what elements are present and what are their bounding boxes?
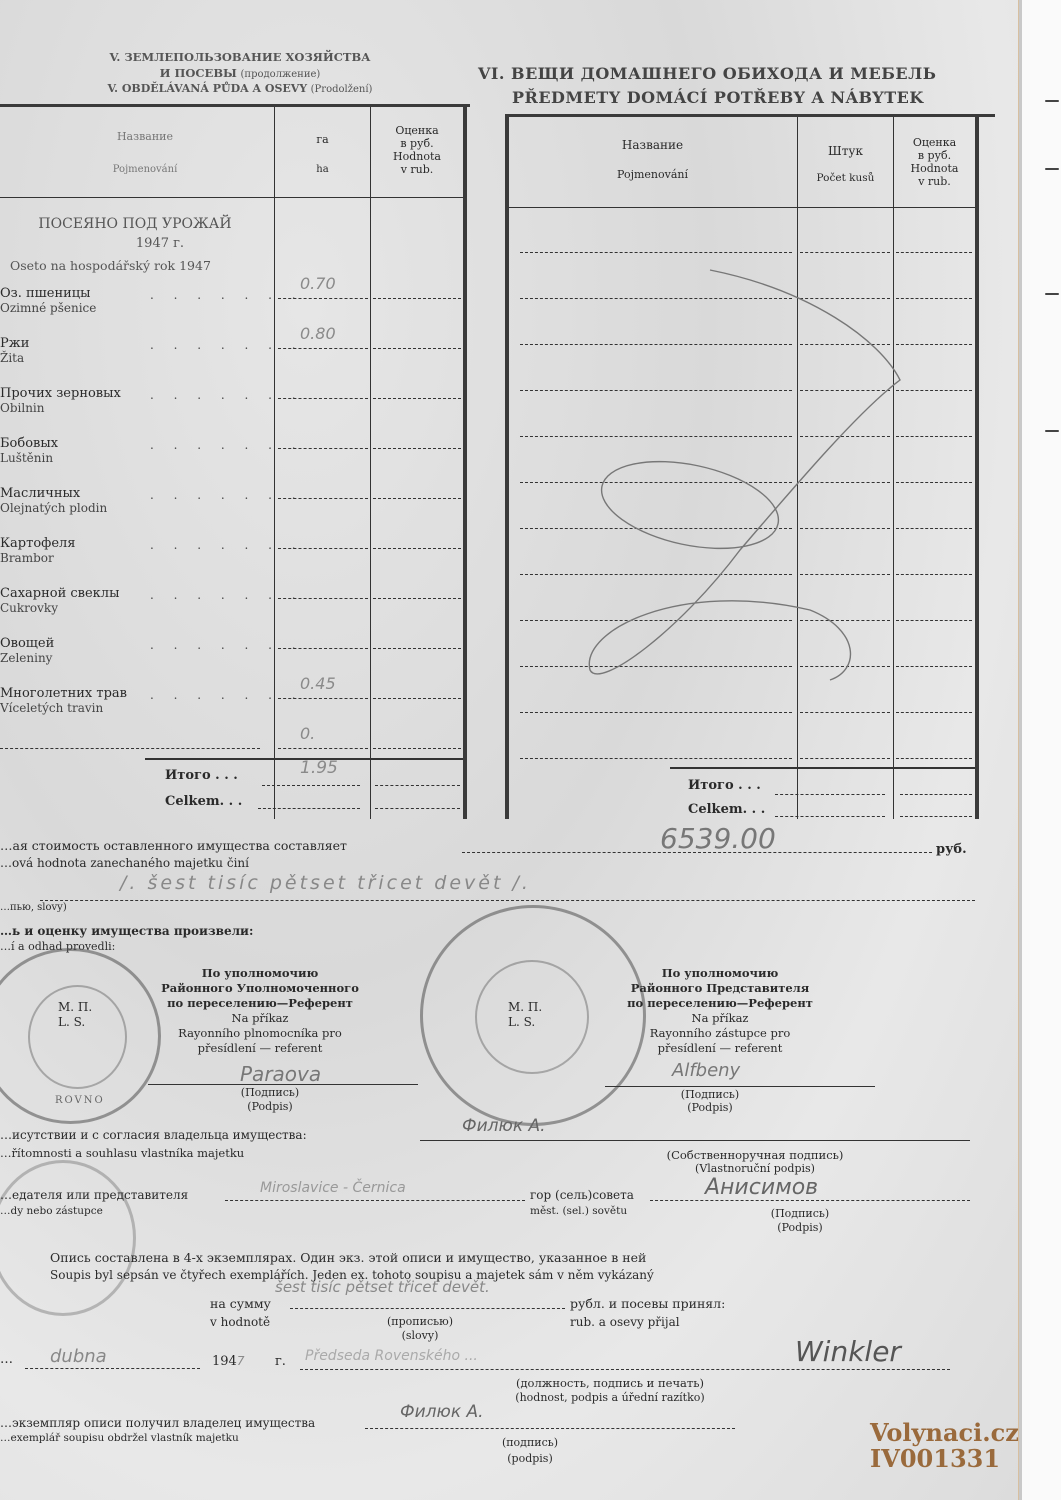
row-line — [278, 498, 368, 499]
crop-area-value: 0.70 — [300, 274, 336, 293]
receipt-sig-cz: (podpis) — [480, 1452, 580, 1465]
total-value-label-cz: …ová hodnota zanechaného majetku činí — [0, 856, 249, 870]
leader-dots: . . . . . . . — [150, 288, 304, 302]
left-sig-ru: (Подпись) — [220, 1086, 320, 1099]
subheading-cz: Oseto na hospodářský rok 1947 — [10, 258, 211, 273]
total-ru-text: Итого — [165, 768, 211, 783]
header-area-ru: га — [275, 133, 370, 146]
watermark: Volynaci.cz IV001331 — [870, 1420, 1019, 1472]
item-row-line — [800, 758, 890, 759]
table-top-border — [0, 104, 470, 107]
right-signature-line — [605, 1086, 875, 1087]
date-day: … — [0, 1352, 13, 1367]
subheading-ru-1: ПОСЕЯНО ПОД УРОЖАЙ — [0, 216, 270, 232]
crop-label-ru: Картофеля — [0, 536, 75, 551]
position-cz: (hodnost, podpis a úřední razítko) — [480, 1391, 740, 1404]
right-total-label-cz: Celkem. . . — [688, 802, 765, 817]
total-cz-ha-line — [258, 808, 360, 809]
left-title-ru-2-main: И ПОСЕВЫ — [160, 66, 237, 80]
date-year-suffix: 7 — [237, 1354, 245, 1368]
receipt-sig-ru: (подпись) — [480, 1436, 580, 1449]
header-value-cz-2: v rub. — [371, 163, 463, 176]
position-line — [300, 1369, 950, 1370]
crop-label-cz: Luštěnin — [0, 451, 58, 466]
item-row-line — [896, 758, 972, 759]
column-divider — [370, 107, 371, 819]
stamp-city: ROVNO — [55, 1095, 105, 1106]
officials-intro-ru: …ь и оценку имущества произвели: — [0, 924, 253, 938]
council-label-cz: …dy nebo zástupce — [0, 1205, 103, 1217]
date-g: г. — [275, 1354, 286, 1369]
row-line — [373, 348, 461, 349]
owner-signature: Филюк А. — [462, 1116, 546, 1136]
crop-label: БобовыхLuštěnin — [0, 436, 58, 466]
binder-mark — [1045, 168, 1059, 170]
total-amount: 6539.00 — [660, 822, 776, 855]
total-label-cz: Celkem. . . — [165, 794, 242, 809]
header-value-ru-1: Оценка — [371, 124, 463, 137]
receipt-label-ru: …экземпляр описи получил владелец имущес… — [0, 1416, 315, 1430]
council-value: Miroslavice - Černica — [260, 1180, 406, 1196]
right-line-6: přesídlení — referent — [600, 1041, 840, 1056]
row-line — [278, 448, 368, 449]
right-total-cz-text: Celkem — [688, 802, 743, 817]
page-edge — [1019, 0, 1022, 1500]
total-label-ru: Итого . . . — [165, 768, 238, 783]
owner-sig-ru: (Собственноручная подпись) — [640, 1148, 870, 1162]
row-line — [373, 598, 461, 599]
row-line — [373, 748, 461, 749]
leader-dots: . . . . . . . — [150, 388, 304, 402]
right-header-bottom — [509, 207, 975, 208]
crop-label-cz: Brambor — [0, 551, 75, 566]
right-stamp-mark-1: М. П. — [508, 1000, 542, 1014]
crop-label: ОвощейZeleniny — [0, 636, 54, 666]
sum-in-words: šest tisíc pětset třicet devět. — [275, 1278, 490, 1296]
owner-sig-cz: (Vlastnoruční podpis) — [640, 1162, 870, 1175]
row-line — [373, 448, 461, 449]
row-line — [373, 698, 461, 699]
crop-label-ru: Прочих зерновых — [0, 386, 121, 401]
crop-label: КартофеляBrambor — [0, 536, 75, 566]
header-name-cz: Pojmenování — [20, 164, 270, 175]
right-stamp-mark-2: L. S. — [508, 1015, 535, 1029]
watermark-site: Volynaci.cz — [870, 1420, 1019, 1446]
accepted-ru: рубл. и посевы принял: — [570, 1296, 725, 1311]
right-total-line — [900, 816, 972, 817]
leader-dots: . . . . . . . — [150, 638, 304, 652]
right-header-count-ru: Штук — [798, 144, 893, 158]
words-line — [40, 900, 975, 901]
right-signature: Alfbeny — [672, 1060, 740, 1081]
total-value-label-ru: …ая стоимость оставленного имущества сос… — [0, 838, 347, 853]
leader-dots: . . . . . . . — [150, 538, 304, 552]
right-total-label-ru: Итого . . . — [688, 778, 761, 793]
row-line — [373, 548, 461, 549]
crop-label-ru: Многолетних трав — [0, 686, 127, 701]
crop-area-value: 0.80 — [300, 324, 336, 343]
crop-label-ru: Оз. пшеницы — [0, 286, 96, 301]
currency-label: руб. — [936, 842, 967, 857]
right-header-value-ru-2: в руб. — [894, 149, 975, 162]
row-line — [373, 498, 461, 499]
leader-dots: . . . . . . . — [150, 488, 304, 502]
right-table-top-border — [505, 114, 995, 117]
binder-mark — [1045, 293, 1059, 295]
row-line — [278, 748, 368, 749]
crop-label: Оз. пшеницыOzimné pšenice — [0, 286, 96, 316]
right-total-ru-text: Итого — [688, 778, 734, 793]
page-edge-inner — [1018, 0, 1019, 1500]
right-header-count-cz: Počet kusů — [798, 172, 893, 184]
row-line — [0, 748, 260, 749]
row-line — [278, 298, 368, 299]
left-stamp-mark-1: М. П. — [58, 1000, 92, 1014]
crop-label-ru: Овощей — [0, 636, 54, 651]
left-signature-line — [148, 1084, 418, 1085]
crop-area-value: 0.45 — [300, 674, 336, 693]
council-sig-line — [650, 1200, 970, 1201]
crop-label-cz: Obilnin — [0, 401, 121, 416]
left-title-cz: V. OBDĚLÁVANÁ PŮDA A OSEVY (Prodolžení) — [40, 82, 440, 95]
leader-dots: . . . . . . . — [150, 588, 304, 602]
amount-in-words: /. šest tisíc pětset třicet devět /. — [120, 872, 531, 894]
council-sig-ru: (Подпись) — [760, 1207, 840, 1220]
watermark-id: IV001331 — [870, 1446, 1019, 1472]
right-header-value-cz-1: Hodnota — [894, 162, 975, 175]
leader-dots: . . . . . . . — [150, 338, 304, 352]
receipt-label-cz: …exemplář soupisu obdržel vlastník majet… — [0, 1432, 239, 1444]
right-line-1: По уполномочию — [600, 966, 840, 981]
crop-label-ru: Масличных — [0, 486, 107, 501]
total-ha-value: 1.95 — [300, 758, 338, 778]
words-ru: (прописью) — [365, 1315, 475, 1328]
right-title-cz: PŘEDMETY DOMÁCÍ POTŘEBY A NÁBYTEK — [512, 88, 924, 107]
right-table-right-border — [975, 114, 979, 819]
crop-label: Прочих зерновыхObilnin — [0, 386, 121, 416]
right-table-left-border — [505, 114, 509, 819]
row-line — [278, 598, 368, 599]
right-sig-ru: (Подпись) — [660, 1088, 760, 1101]
crop-label-ru: Ржи — [0, 336, 29, 351]
item-row-line — [520, 712, 792, 713]
right-totals-border — [670, 767, 975, 769]
total-value-line — [375, 785, 460, 786]
crop-label: МасличныхOlejnatých plodin — [0, 486, 107, 516]
table-right-border — [463, 104, 467, 819]
left-sig-cz: (Podpis) — [220, 1100, 320, 1113]
date-year-prefix: 194 — [212, 1354, 237, 1369]
row-line — [278, 648, 368, 649]
item-row-line — [800, 712, 890, 713]
right-title-ru: VI. ВЕЩИ ДОМАШНЕГО ОБИХОДА И МЕБЕЛЬ — [478, 64, 936, 83]
words-cz: (slovy) — [365, 1329, 475, 1342]
strike-through-scribble-icon — [560, 250, 920, 710]
left-title-cz-sub: (Prodolžení) — [311, 84, 373, 95]
crop-label-cz: Zeleniny — [0, 651, 54, 666]
sum-label-ru: на сумму — [210, 1296, 271, 1311]
receipt-line — [365, 1428, 735, 1429]
page-margin — [1020, 0, 1061, 1500]
item-row-line — [896, 712, 972, 713]
date-month-line — [25, 1368, 200, 1369]
sum-label-cz: v hodnotě — [210, 1315, 270, 1329]
header-value-cz-1: Hodnota — [371, 150, 463, 163]
row-line — [278, 698, 368, 699]
row-line — [278, 398, 368, 399]
position-value: Předseda Rovenského ... — [305, 1348, 478, 1364]
left-line-5: Rayonního plnomocníka pro — [140, 1026, 380, 1041]
row-line — [278, 548, 368, 549]
crop-label-cz: Olejnatých plodin — [0, 501, 107, 516]
receipt-signature: Филюк А. — [400, 1402, 484, 1422]
date-month: dubna — [50, 1346, 107, 1367]
words-label: …пью, slovy) — [0, 902, 67, 913]
crop-label-cz: Víceletých travin — [0, 701, 127, 716]
leader-dots: . . . . . . . — [150, 688, 304, 702]
column-divider — [274, 107, 275, 819]
right-line-4: Na příkaz — [600, 1011, 840, 1026]
council-label-ru: …едателя или представителя — [0, 1188, 188, 1202]
left-title-ru-1: V. ЗЕМЛЕПОЛЬЗОВАНИЕ ХОЗЯЙСТВА — [60, 50, 420, 64]
crop-label: Многолетних травVíceletých travin — [0, 686, 127, 716]
row-line — [373, 298, 461, 299]
position-ru: (должность, подпись и печать) — [480, 1376, 740, 1390]
total-ha-line — [262, 785, 360, 786]
header-value-ru-2: в руб. — [371, 137, 463, 150]
left-title-ru-2-sub: (продолжение) — [241, 69, 321, 80]
council-line — [225, 1200, 525, 1201]
crop-label-cz: Ozimné pšenice — [0, 301, 96, 316]
crop-label: РжиŽita — [0, 336, 29, 366]
right-header-name-ru: Название — [510, 138, 795, 152]
owner-label-cz: …řítomnosti a souhlasu vlastníka majetku — [0, 1146, 244, 1160]
crop-label-ru: Бобовых — [0, 436, 58, 451]
crop-label-cz: Cukrovky — [0, 601, 119, 616]
sum-line — [290, 1308, 565, 1309]
closing-signature: Winkler — [795, 1335, 901, 1368]
item-row-line — [520, 758, 792, 759]
right-line-3: по переселению—Референт — [600, 996, 840, 1011]
left-signature: Paraova — [240, 1062, 321, 1086]
binder-mark — [1045, 430, 1059, 432]
crop-label-ru: Сахарной свеклы — [0, 586, 119, 601]
closing-line-ru: Опись составлена в 4-х экземплярах. Один… — [50, 1250, 646, 1265]
header-bottom-border — [0, 197, 463, 198]
council-sig-cz: (Podpis) — [760, 1221, 840, 1234]
council-mid-ru: гор (сель)совета — [530, 1188, 634, 1202]
header-value: Оценка в руб. Hodnota v rub. — [371, 124, 463, 176]
right-total-line — [900, 794, 972, 795]
right-sig-cz: (Podpis) — [660, 1101, 760, 1114]
owner-label-ru: …исутствии и с согласия владельца имущес… — [0, 1128, 307, 1142]
crop-label: Сахарной свеклыCukrovky — [0, 586, 119, 616]
left-line-3: по переселению—Референт — [140, 996, 380, 1011]
leader-dots: . . . . . . . — [150, 438, 304, 452]
council-signature: Анисимов — [705, 1175, 818, 1200]
row-line — [278, 348, 368, 349]
council-mid-cz: měst. (sel.) sovětu — [530, 1205, 627, 1217]
right-header-value-cz-2: v rub. — [894, 175, 975, 188]
accepted-cz: rub. a osevy přijal — [570, 1315, 680, 1329]
left-title-ru-2: И ПОСЕВЫ (продолжение) — [60, 66, 420, 80]
crop-label-cz: Žita — [0, 351, 29, 366]
row-line — [373, 648, 461, 649]
header-name-ru: Название — [20, 130, 270, 143]
total-cz-value-line — [375, 808, 460, 809]
left-stamp-mark-2: L. S. — [58, 1015, 85, 1029]
row-line — [373, 398, 461, 399]
left-official-block: По уполномочию Районного Уполномоченного… — [140, 966, 380, 1056]
right-header-name-cz: Pojmenování — [510, 168, 795, 181]
right-header-value: Оценка в руб. Hodnota v rub. — [894, 136, 975, 188]
right-line-2: Районного Представителя — [600, 981, 840, 996]
right-header-value-ru-1: Оценка — [894, 136, 975, 149]
left-line-6: přesídlení — referent — [140, 1041, 380, 1056]
right-total-line — [775, 816, 885, 817]
total-cz-text: Celkem — [165, 794, 220, 809]
left-line-4: Na příkaz — [140, 1011, 380, 1026]
left-line-1: По уполномочию — [140, 966, 380, 981]
header-area-cz: ha — [275, 164, 370, 175]
left-title-cz-main: V. OBDĚLÁVANÁ PŮDA A OSEVY — [108, 82, 308, 95]
right-line-5: Rayonního zástupce pro — [600, 1026, 840, 1041]
subheading-ru-2: 1947 г. — [100, 236, 220, 251]
right-total-line — [775, 794, 885, 795]
left-line-2: Районного Уполномоченного — [140, 981, 380, 996]
date-year: 1947 — [212, 1354, 244, 1369]
crop-area-value: 0. — [300, 724, 315, 743]
owner-signature-line — [420, 1140, 970, 1141]
right-official-block: По уполномочию Районного Представителя п… — [600, 966, 840, 1056]
binder-mark — [1045, 100, 1059, 102]
